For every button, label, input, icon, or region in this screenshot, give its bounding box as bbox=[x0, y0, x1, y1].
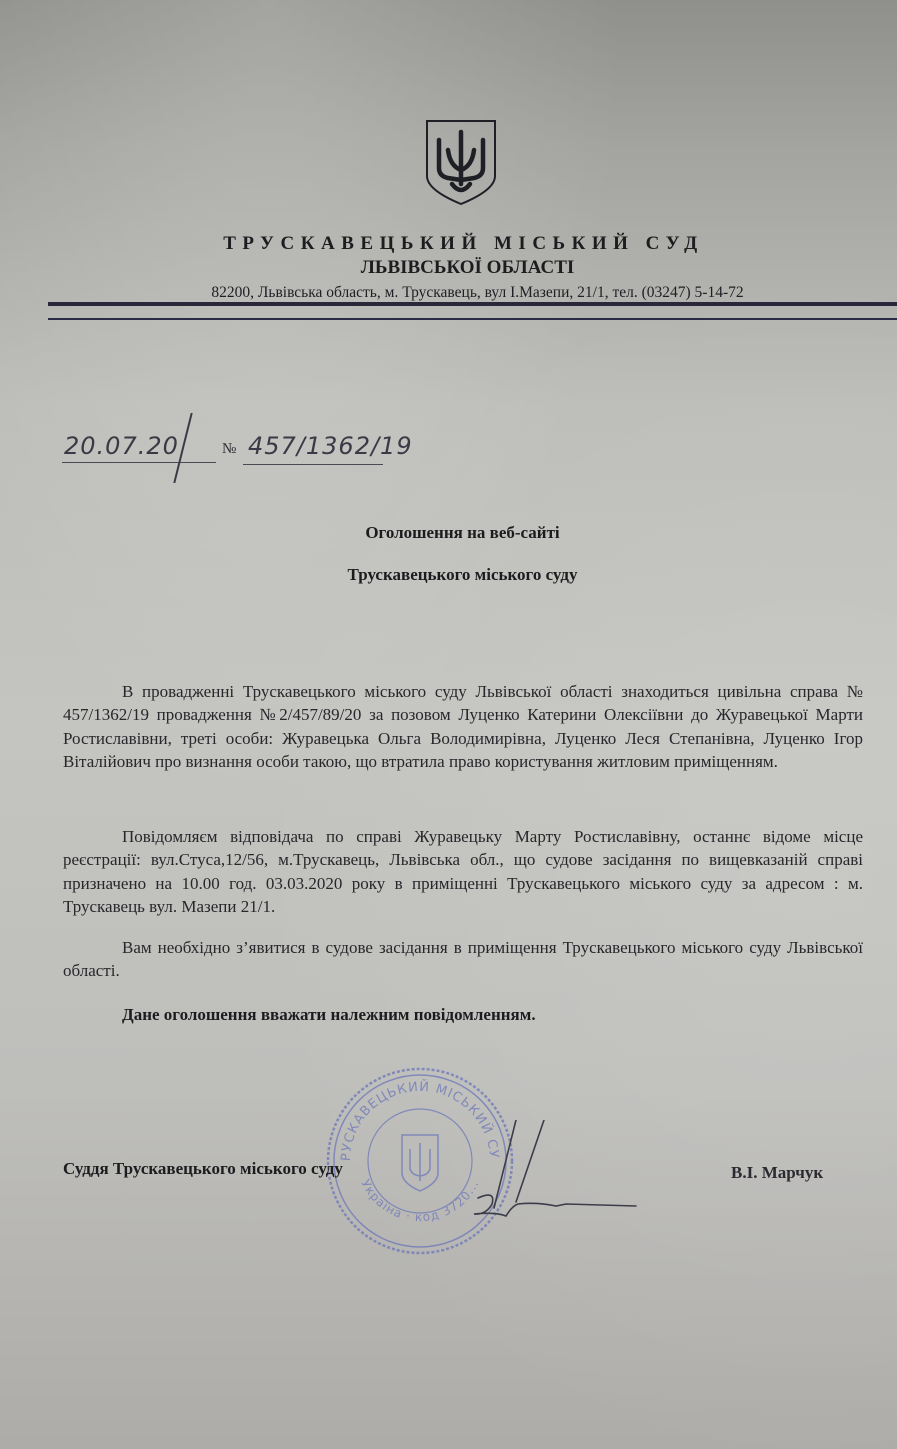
body-paragraph-notification: Повідомляєм відповідача по справі Жураве… bbox=[63, 825, 863, 919]
handwritten-signature bbox=[456, 1120, 656, 1230]
letterhead-divider-thick bbox=[48, 302, 897, 306]
court-address: 82200, Львівська область, м. Трускавець,… bbox=[0, 284, 897, 302]
court-region: ЛЬВІВСЬКОЇ ОБЛАСТІ bbox=[0, 257, 897, 279]
reference-number-label: № bbox=[222, 441, 236, 458]
body-paragraph-appearance: Вам необхідно з’явитися в судове засідан… bbox=[63, 936, 863, 983]
body-paragraph-case: В провадженні Трускавецького міського су… bbox=[63, 680, 863, 774]
body-paragraph-conclusion: Дане оголошення вважати належним повідом… bbox=[63, 1003, 863, 1026]
judge-name: В.І. Марчук bbox=[731, 1163, 823, 1183]
notice-heading-line-2: Трускавецького міського суду bbox=[0, 565, 897, 585]
letterhead-divider-thin bbox=[48, 318, 897, 320]
judge-title: Суддя Трускавецького міського суду bbox=[63, 1159, 343, 1179]
trident-coat-of-arms-icon bbox=[424, 118, 498, 206]
reference-number-underline bbox=[243, 464, 383, 465]
court-name: ТРУСКАВЕЦЬКИЙ МІСЬКИЙ СУД bbox=[0, 233, 897, 255]
reference-date: 20.07.20 bbox=[64, 432, 179, 460]
notice-heading-line-1: Оголошення на веб-сайті bbox=[0, 523, 897, 543]
reference-date-underline bbox=[62, 462, 216, 463]
reference-number: 457/1362/19 bbox=[248, 432, 413, 460]
